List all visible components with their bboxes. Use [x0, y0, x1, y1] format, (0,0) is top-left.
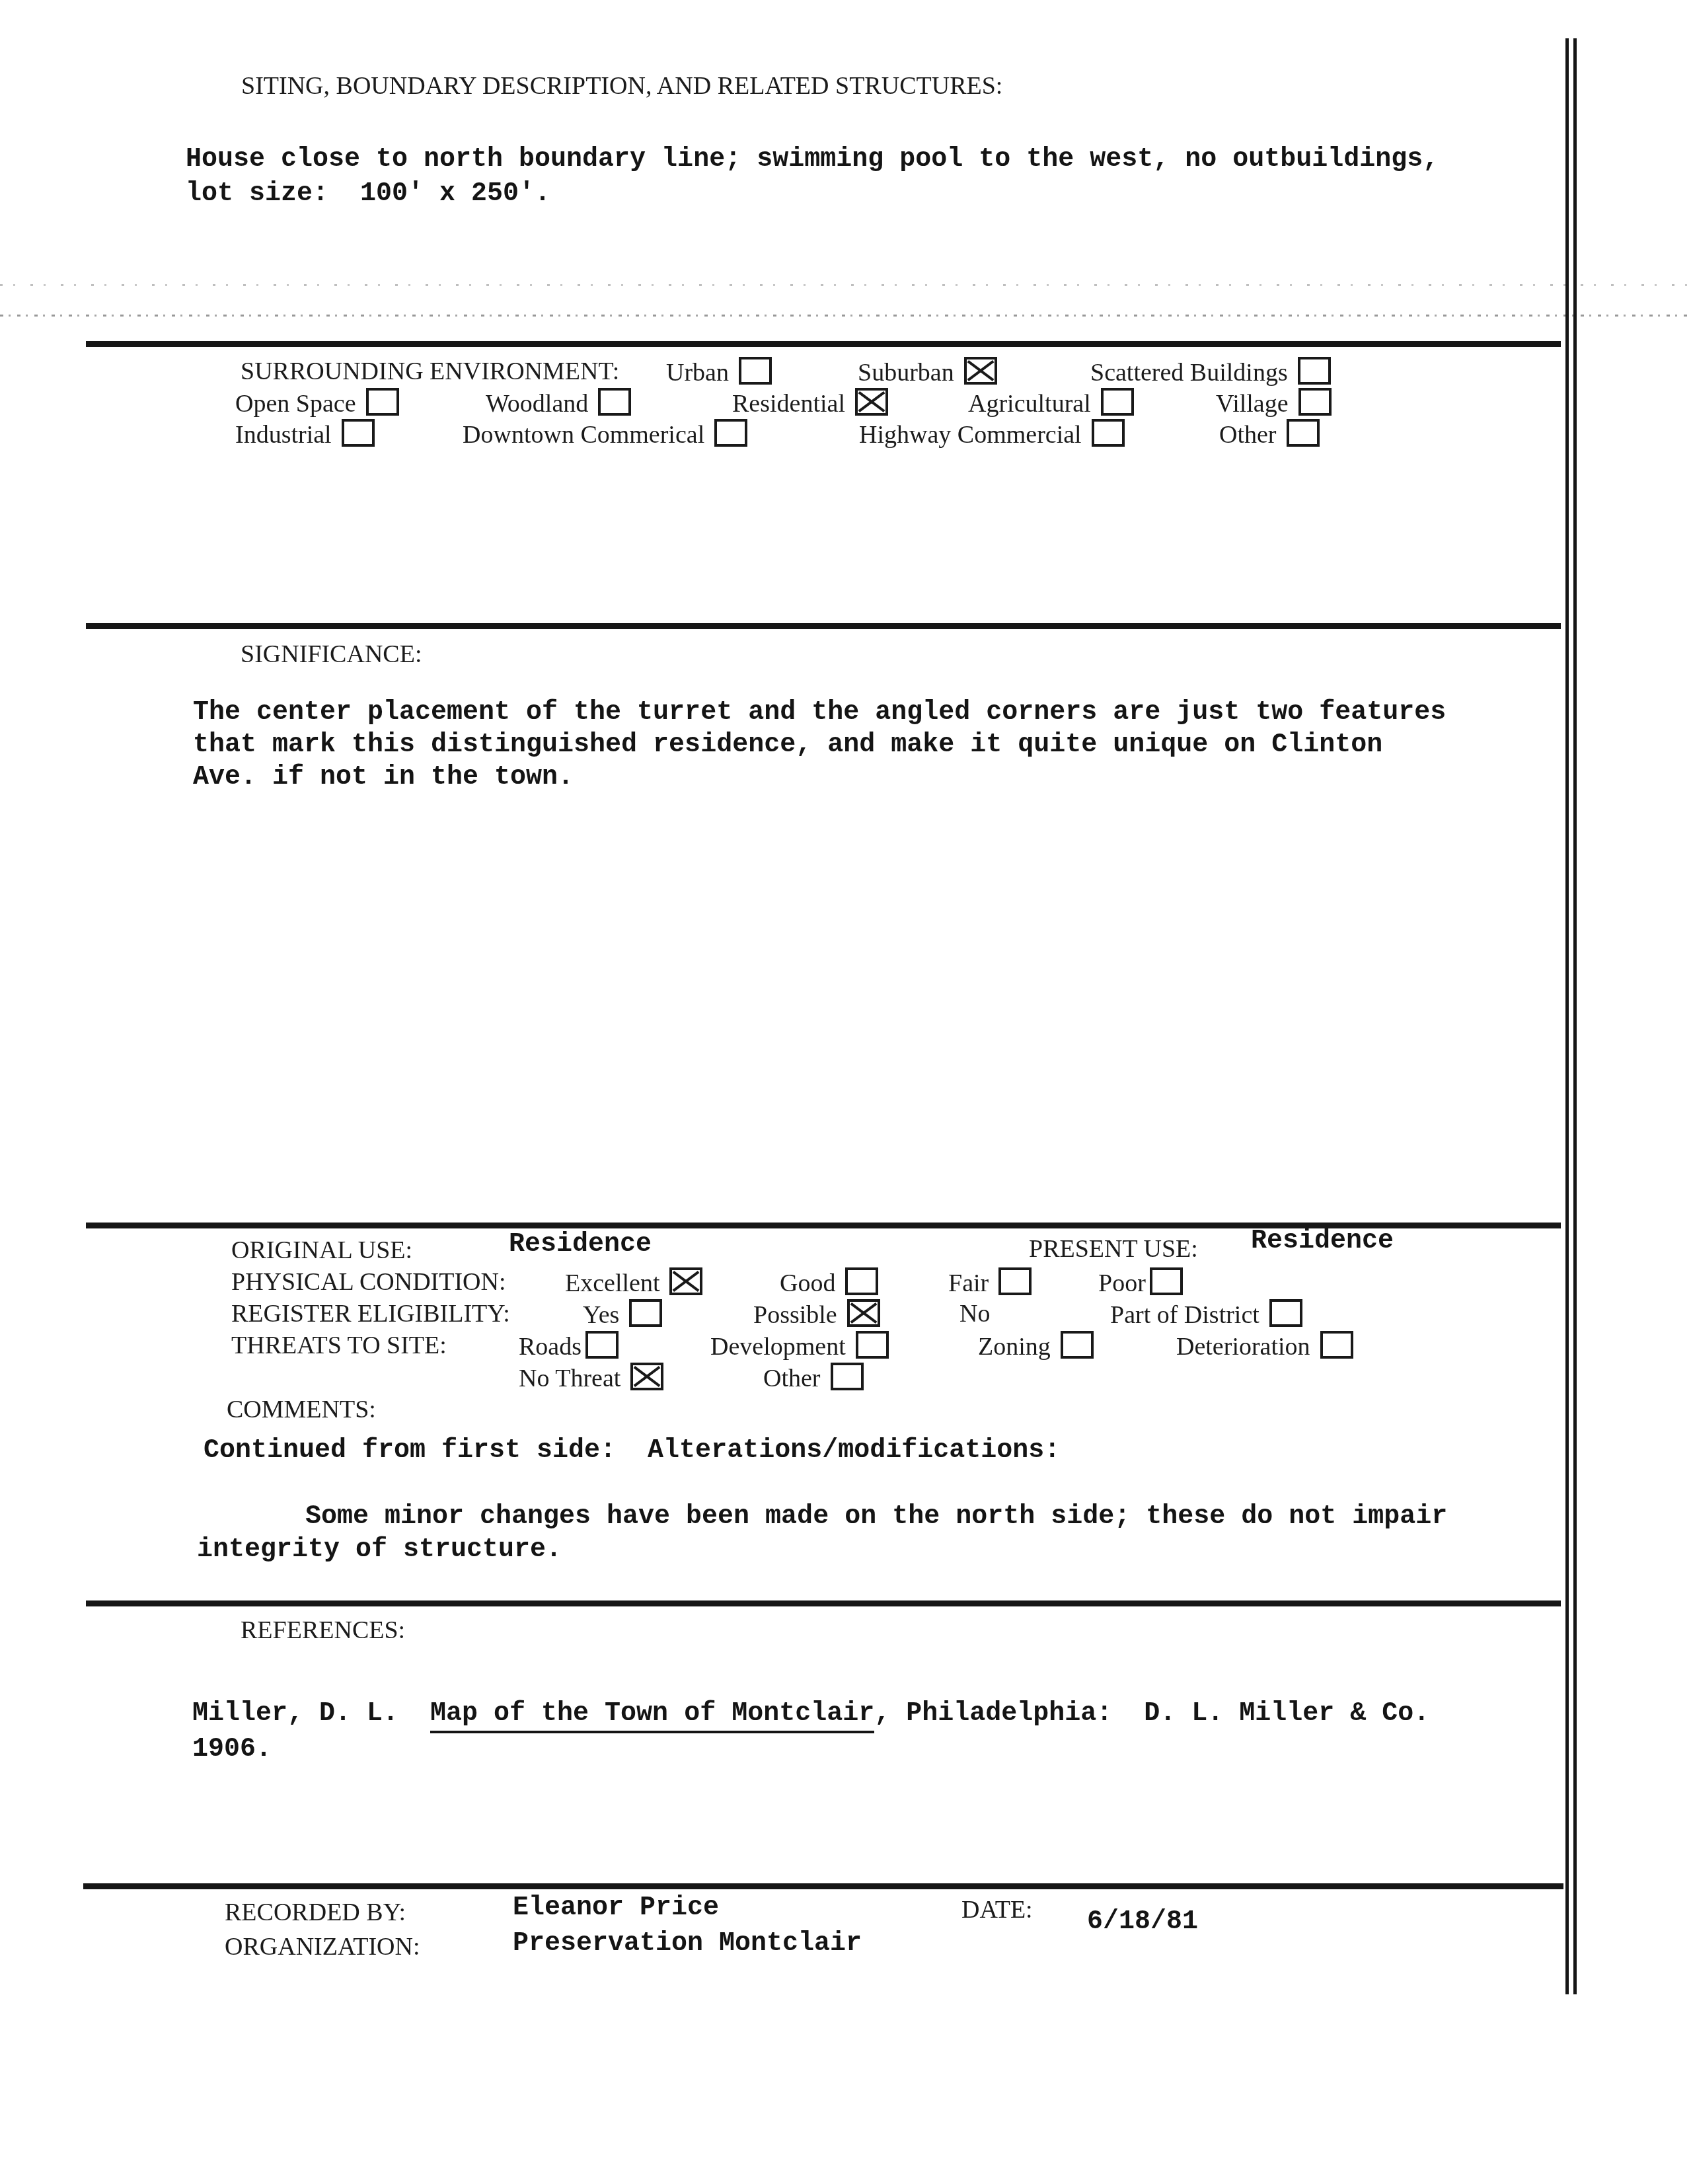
option-highway-commercial: Highway Commercial: [859, 419, 1125, 449]
option-threat-other: Other: [763, 1363, 864, 1393]
environment-row-1: SURROUNDING ENVIRONMENT: Urban Suburban …: [0, 357, 1691, 391]
siting-heading: SITING, BOUNDARY DESCRIPTION, AND RELATE…: [241, 73, 1002, 100]
significance-line2: that mark this distinguished residence, …: [193, 730, 1382, 761]
village-checkbox[interactable]: [1298, 388, 1332, 416]
option-industrial: Industrial: [235, 419, 375, 449]
option-deterioration: Deterioration: [1176, 1331, 1353, 1361]
page-edge-double-line: [1565, 38, 1577, 1994]
option-residential: Residential: [732, 388, 888, 418]
option-no: No: [959, 1299, 990, 1328]
option-residential-label: Residential: [732, 390, 845, 418]
use-row: ORIGINAL USE: Residence PRESENT USE: Res…: [0, 1236, 1691, 1270]
option-no-label: No: [959, 1300, 990, 1328]
option-roads: Roads: [519, 1331, 619, 1361]
excellent-checkbox[interactable]: [669, 1267, 702, 1295]
present-use-value: Residence: [1251, 1226, 1394, 1258]
comments-line2: Some minor changes have been made on the…: [305, 1501, 1447, 1533]
environment-row-2: Open Space Woodland Residential Agricult…: [0, 388, 1691, 422]
option-agricultural-label: Agricultural: [968, 390, 1091, 418]
no-threat-checkbox[interactable]: [630, 1363, 663, 1390]
development-checkbox[interactable]: [856, 1331, 889, 1359]
citation-publisher: , Philadelphia: D. L. Miller & Co.: [874, 1699, 1429, 1729]
option-urban-label: Urban: [666, 359, 729, 387]
section-divider: [86, 1600, 1561, 1606]
roads-checkbox[interactable]: [585, 1331, 619, 1359]
option-industrial-label: Industrial: [235, 421, 332, 449]
significance-line1: The center placement of the turret and t…: [193, 697, 1446, 729]
date-value: 6/18/81: [1087, 1906, 1198, 1938]
option-threat-other-label: Other: [763, 1365, 821, 1392]
significance-line3: Ave. if not in the town.: [193, 762, 574, 794]
urban-checkbox[interactable]: [739, 357, 772, 385]
option-possible: Possible: [753, 1299, 880, 1330]
original-use-value: Residence: [509, 1229, 652, 1261]
good-checkbox[interactable]: [845, 1267, 878, 1295]
environment-row-3: Industrial Downtown Commerical Highway C…: [0, 419, 1691, 453]
open-space-checkbox[interactable]: [366, 388, 399, 416]
physical-condition-row: PHYSICAL CONDITION: Excellent Good Fair …: [0, 1267, 1691, 1302]
references-label: REFERENCES:: [241, 1617, 405, 1645]
option-deterioration-label: Deterioration: [1176, 1333, 1310, 1361]
threats-row-2: No Threat Other: [0, 1363, 1691, 1397]
option-env-other-label: Other: [1219, 421, 1277, 449]
option-highway-commercial-label: Highway Commercial: [859, 421, 1082, 449]
option-poor: Poor: [1098, 1267, 1183, 1298]
option-no-threat: No Threat: [519, 1363, 663, 1393]
option-good-label: Good: [780, 1269, 835, 1297]
env-other-checkbox[interactable]: [1287, 419, 1320, 447]
yes-checkbox[interactable]: [629, 1299, 662, 1327]
highway-commercial-checkbox[interactable]: [1092, 419, 1125, 447]
option-woodland: Woodland: [486, 388, 631, 418]
option-poor-label: Poor: [1098, 1269, 1146, 1297]
option-village-label: Village: [1216, 390, 1289, 418]
agricultural-checkbox[interactable]: [1101, 388, 1134, 416]
option-open-space: Open Space: [235, 388, 399, 418]
option-scattered-buildings-label: Scattered Buildings: [1090, 359, 1288, 387]
option-part-of-district: Part of District: [1110, 1299, 1302, 1330]
option-development-label: Development: [710, 1333, 846, 1361]
siting-text-line1: House close to north boundary line; swim…: [186, 144, 1439, 176]
option-possible-label: Possible: [753, 1301, 837, 1329]
option-zoning: Zoning: [978, 1331, 1094, 1361]
option-suburban-label: Suburban: [858, 359, 954, 387]
option-fair-label: Fair: [948, 1269, 989, 1297]
option-excellent: Excellent: [565, 1267, 702, 1298]
recorded-by-label: RECORDED BY:: [225, 1899, 406, 1927]
option-downtown-commerical: Downtown Commerical: [463, 419, 747, 449]
option-fair: Fair: [948, 1267, 1032, 1298]
downtown-commerical-checkbox[interactable]: [714, 419, 747, 447]
recorded-by-value: Eleanor Price: [513, 1893, 719, 1924]
register-eligibility-row: REGISTER ELIGIBILITY: Yes Possible No Pa…: [0, 1299, 1691, 1334]
option-roads-label: Roads: [519, 1333, 582, 1361]
option-yes: Yes: [583, 1299, 662, 1330]
threat-other-checkbox[interactable]: [831, 1363, 864, 1390]
comments-line1: Continued from first side: Alterations/m…: [204, 1435, 1060, 1467]
environment-label: SURROUNDING ENVIRONMENT:: [241, 358, 619, 385]
fair-checkbox[interactable]: [998, 1267, 1032, 1295]
original-use-label: ORIGINAL USE:: [231, 1236, 412, 1264]
register-eligibility-label: REGISTER ELIGIBILITY:: [231, 1300, 510, 1328]
option-no-threat-label: No Threat: [519, 1365, 620, 1392]
option-development: Development: [710, 1331, 889, 1361]
option-scattered-buildings: Scattered Buildings: [1090, 357, 1331, 387]
threats-label: THREATS TO SITE:: [231, 1332, 447, 1359]
scanned-form-page: SITING, BOUNDARY DESCRIPTION, AND RELATE…: [0, 0, 1691, 2184]
part-of-district-checkbox[interactable]: [1269, 1299, 1302, 1327]
section-divider: [86, 341, 1561, 347]
option-downtown-commerical-label: Downtown Commerical: [463, 421, 704, 449]
poor-checkbox[interactable]: [1150, 1267, 1183, 1295]
date-label: DATE:: [961, 1897, 1033, 1924]
deterioration-checkbox[interactable]: [1320, 1331, 1353, 1359]
organization-label: ORGANIZATION:: [225, 1934, 420, 1961]
option-env-other: Other: [1219, 419, 1320, 449]
section-divider: [86, 623, 1561, 629]
suburban-checkbox[interactable]: [964, 357, 997, 385]
woodland-checkbox[interactable]: [598, 388, 631, 416]
siting-text-line2: lot size: 100' x 250'.: [186, 178, 550, 210]
option-agricultural: Agricultural: [968, 388, 1134, 418]
reference-citation: Miller, D. L. Map of the Town of Montcla…: [192, 1698, 1429, 1730]
residential-checkbox[interactable]: [855, 388, 888, 416]
possible-checkbox[interactable]: [847, 1299, 880, 1327]
significance-label: SIGNIFICANCE:: [241, 641, 422, 669]
option-open-space-label: Open Space: [235, 390, 356, 418]
industrial-checkbox[interactable]: [342, 419, 375, 447]
option-suburban: Suburban: [858, 357, 997, 387]
citation-author: Miller, D. L.: [192, 1699, 430, 1729]
option-part-of-district-label: Part of District: [1110, 1301, 1259, 1329]
citation-title-underlined: Map of the Town of Montclair: [430, 1699, 874, 1733]
option-village: Village: [1216, 388, 1332, 418]
option-woodland-label: Woodland: [486, 390, 588, 418]
comments-line3: integrity of structure.: [197, 1534, 562, 1566]
scattered-buildings-checkbox[interactable]: [1298, 357, 1331, 385]
option-good: Good: [780, 1267, 878, 1298]
scan-artifact-dotted-line: [0, 315, 1691, 317]
option-urban: Urban: [666, 357, 772, 387]
option-excellent-label: Excellent: [565, 1269, 659, 1297]
scan-artifact-dotted-line: [0, 284, 1691, 286]
physical-condition-label: PHYSICAL CONDITION:: [231, 1268, 506, 1296]
option-zoning-label: Zoning: [978, 1333, 1051, 1361]
section-divider: [83, 1883, 1563, 1889]
comments-label: COMMENTS:: [227, 1396, 376, 1424]
organization-value: Preservation Montclair: [513, 1928, 862, 1960]
threats-row: THREATS TO SITE: Roads Development Zonin…: [0, 1331, 1691, 1365]
zoning-checkbox[interactable]: [1061, 1331, 1094, 1359]
option-yes-label: Yes: [583, 1301, 619, 1329]
present-use-label: PRESENT USE:: [1029, 1235, 1198, 1263]
reference-citation-year: 1906.: [192, 1734, 272, 1766]
